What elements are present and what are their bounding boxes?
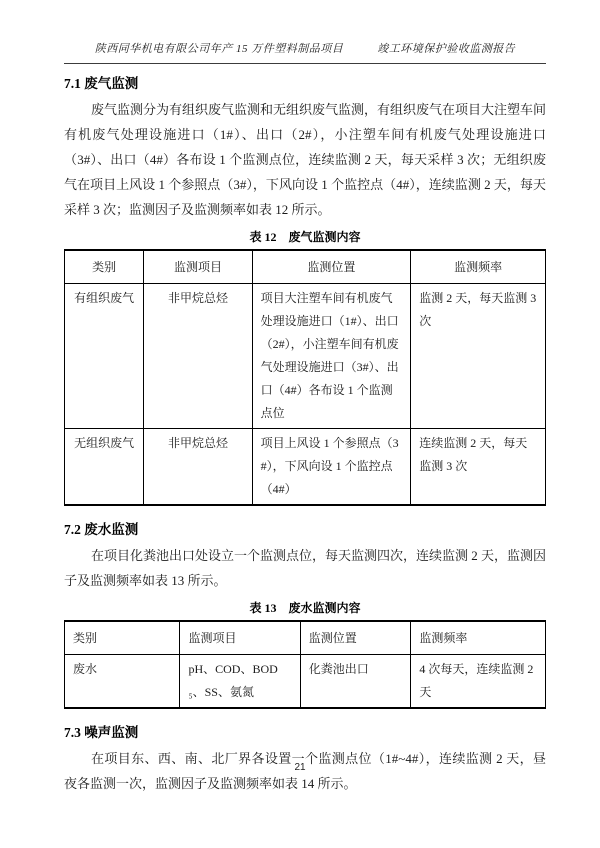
section-7-1-paragraph: 废气监测分为有组织废气监测和无组织废气监测，有组织废气在项目大注塑车间有机废气处… — [64, 97, 546, 222]
table-12-cell-location: 项目上风设 1 个参照点（3#），下风向设 1 个监控点（4#） — [252, 429, 411, 506]
header-report-title: 竣工环境保护验收监测报告 — [377, 40, 515, 56]
table-12-header-location: 监测位置 — [252, 250, 411, 284]
page-header: 陕西同华机电有限公司年产 15 万件塑料制品项目 竣工环境保护验收监测报告 — [64, 40, 546, 64]
table-13-header-location: 监测位置 — [300, 621, 411, 655]
table-13: 类别 监测项目 监测位置 监测频率 废水 pH、COD、BOD₅、SS、氨氮 化… — [64, 620, 546, 709]
section-7-1-title: 7.1 废气监测 — [64, 72, 546, 92]
table-12-caption: 表 12 废气监测内容 — [64, 228, 546, 245]
table-12-header-category: 类别 — [65, 250, 144, 284]
table-13-cell-category: 废水 — [65, 655, 180, 709]
table-12-cell-category: 有组织废气 — [65, 284, 144, 429]
table-row: 无组织废气 非甲烷总烃 项目上风设 1 个参照点（3#），下风向设 1 个监控点… — [65, 429, 546, 506]
table-13-cell-location: 化粪池出口 — [300, 655, 411, 709]
table-13-cell-item: pH、COD、BOD₅、SS、氨氮 — [180, 655, 300, 709]
table-13-cell-frequency: 4 次每天，连续监测 2 天 — [411, 655, 546, 709]
table-13-header-frequency: 监测频率 — [411, 621, 546, 655]
table-12-header-frequency: 监测频率 — [411, 250, 546, 284]
section-7-2-paragraph: 在项目化粪池出口处设立一个监测点位，每天监测四次，连续监测 2 天，监测因子及监… — [64, 543, 546, 593]
table-12-cell-frequency: 连续监测 2 天，每天监测 3 次 — [411, 429, 546, 506]
table-12-header-item: 监测项目 — [144, 250, 252, 284]
table-12-cell-frequency: 监测 2 天，每天监测 3 次 — [411, 284, 546, 429]
table-12-cell-item: 非甲烷总烃 — [144, 284, 252, 429]
table-12: 类别 监测项目 监测位置 监测频率 有组织废气 非甲烷总烃 项目大注塑车间有机废… — [64, 249, 546, 506]
section-7-2-title: 7.2 废水监测 — [64, 518, 546, 538]
table-13-caption: 表 13 废水监测内容 — [64, 599, 546, 616]
table-13-header-item: 监测项目 — [180, 621, 300, 655]
table-12-cell-item: 非甲烷总烃 — [144, 429, 252, 506]
header-project-title: 陕西同华机电有限公司年产 15 万件塑料制品项目 — [95, 40, 344, 56]
section-7-3-title: 7.3 噪声监测 — [64, 721, 546, 741]
table-13-header-row: 类别 监测项目 监测位置 监测频率 — [65, 621, 546, 655]
table-12-header-row: 类别 监测项目 监测位置 监测频率 — [65, 250, 546, 284]
table-13-header-category: 类别 — [65, 621, 180, 655]
table-12-cell-location: 项目大注塑车间有机废气处理设施进口（1#）、出口（2#），小注塑车间有机废气处理… — [252, 284, 411, 429]
table-row: 有组织废气 非甲烷总烃 项目大注塑车间有机废气处理设施进口（1#）、出口（2#）… — [65, 284, 546, 429]
table-row: 废水 pH、COD、BOD₅、SS、氨氮 化粪池出口 4 次每天，连续监测 2 … — [65, 655, 546, 709]
page-content: 7.1 废气监测 废气监测分为有组织废气监测和无组织废气监测，有组织废气在项目大… — [64, 64, 546, 796]
table-12-cell-category: 无组织废气 — [65, 429, 144, 506]
document-page: 陕西同华机电有限公司年产 15 万件塑料制品项目 竣工环境保护验收监测报告 7.… — [0, 0, 600, 848]
page-number: 21 — [0, 762, 600, 773]
